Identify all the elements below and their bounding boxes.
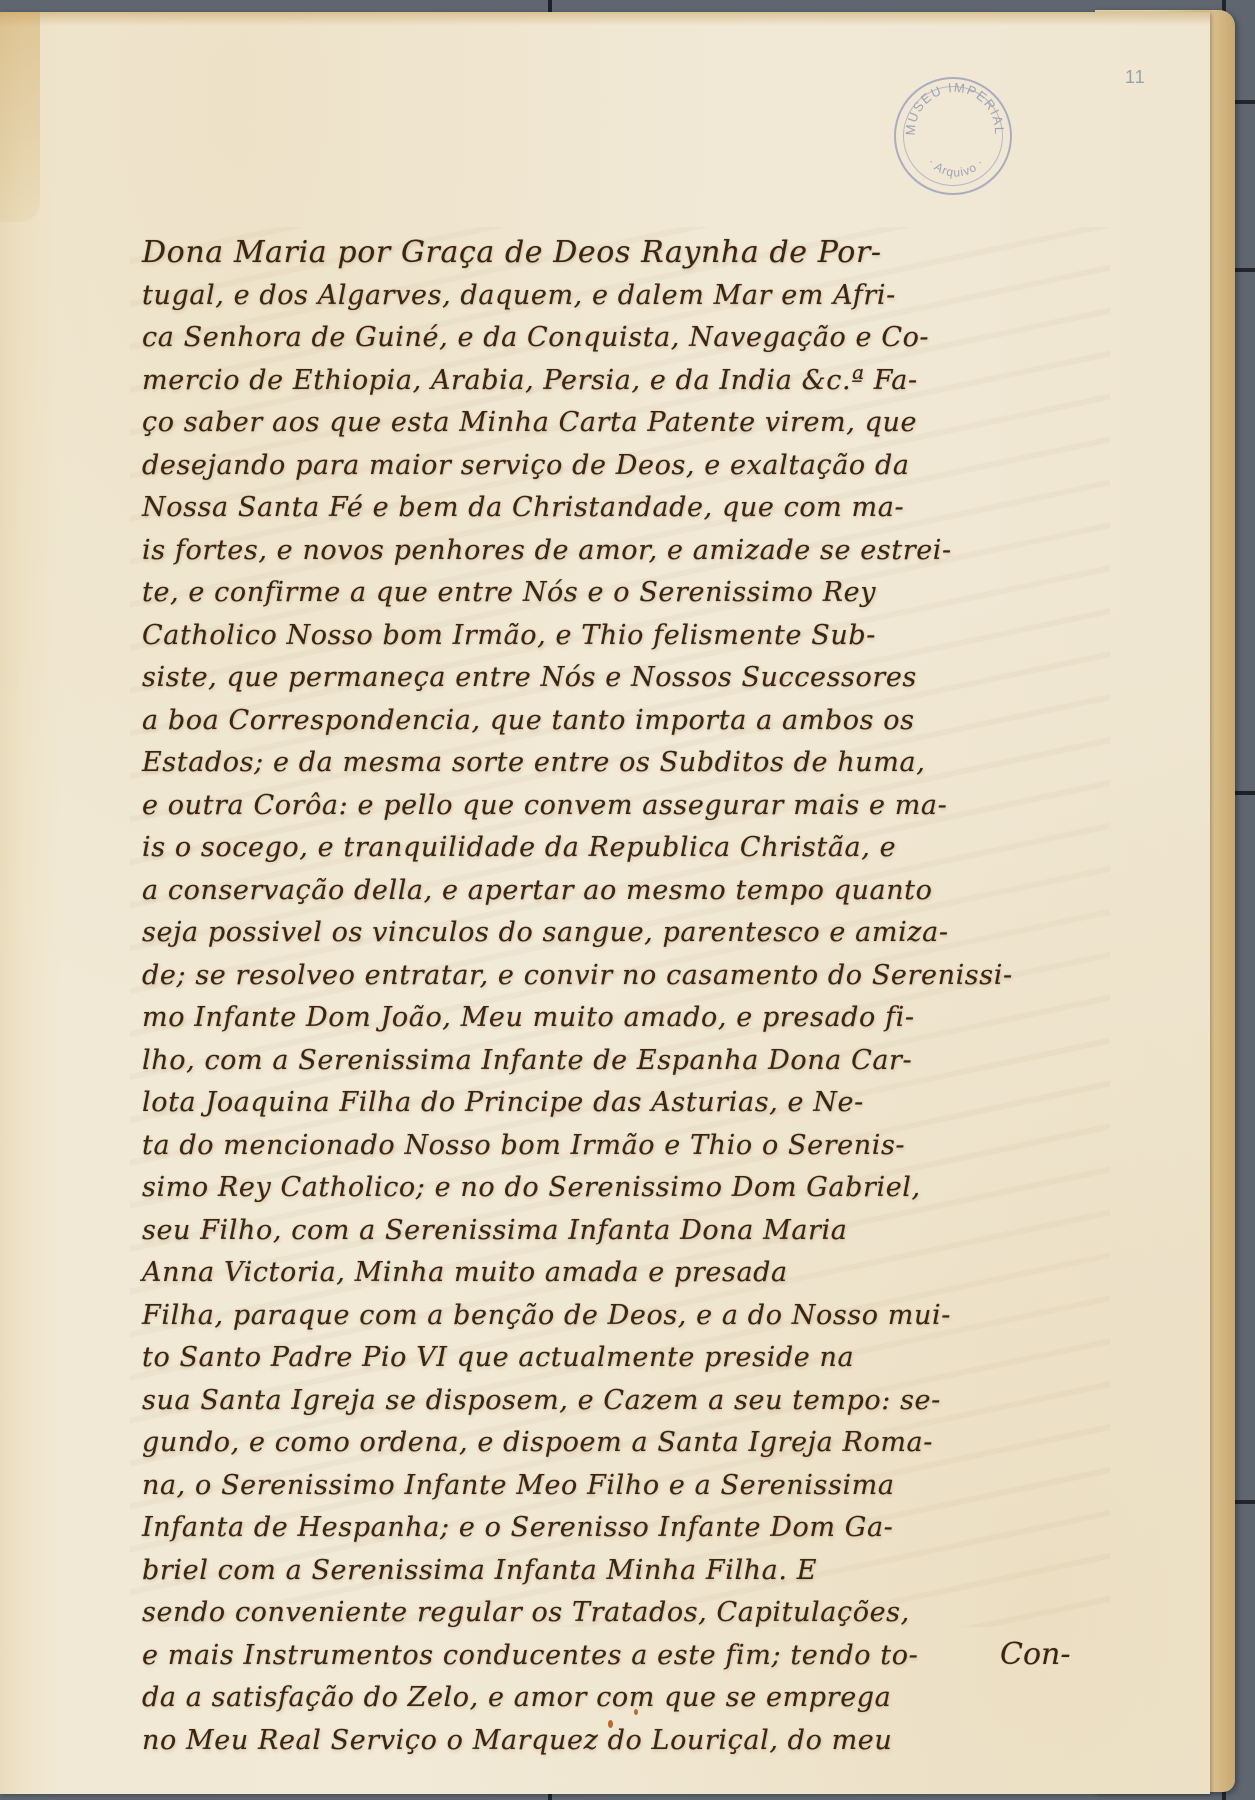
manuscript-line: Dona Maria por Graça de Deos Raynha de P…	[142, 232, 1102, 275]
foxing-spot	[608, 1720, 613, 1728]
foxing-spot	[634, 1709, 638, 1715]
manuscript-line: Catholico Nosso bom Irmão, e Thio felism…	[142, 615, 1102, 658]
manuscript-line: lota Joaquina Filha do Principe das Astu…	[142, 1082, 1102, 1125]
svg-text:· Arquivo ·: · Arquivo ·	[925, 155, 987, 179]
manuscript-line: na, o Serenissimo Infante Meo Filho e a …	[142, 1465, 1102, 1508]
folio-number: 11	[1125, 67, 1146, 88]
manuscript-line: Infanta de Hespanha; e o Serenisso Infan…	[142, 1507, 1102, 1550]
catchword: Con-	[1000, 1637, 1070, 1672]
manuscript-text: Dona Maria por Graça de Deos Raynha de P…	[142, 232, 1102, 1762]
manuscript-line: seu Filho, com a Serenissima Infanta Don…	[142, 1210, 1102, 1253]
manuscript-line: mo Infante Dom João, Meu muito amado, e …	[142, 997, 1102, 1040]
manuscript-line: tugal, e dos Algarves, daquem, e dalem M…	[142, 275, 1102, 318]
manuscript-line: a boa Correspondencia, que tanto importa…	[142, 700, 1102, 743]
manuscript-line: Anna Victoria, Minha muito amada e presa…	[142, 1252, 1102, 1295]
paper-stain	[0, 12, 1210, 26]
manuscript-line: ca Senhora de Guiné, e da Conquista, Nav…	[142, 317, 1102, 360]
manuscript-line: simo Rey Catholico; e no do Serenissimo …	[142, 1167, 1102, 1210]
svg-text:MUSEU IMPERIAL: MUSEU IMPERIAL	[903, 80, 1007, 136]
manuscript-line: e outra Corôa: e pello que convem assegu…	[142, 785, 1102, 828]
manuscript-line: desejando para maior serviço de Deos, e …	[142, 445, 1102, 488]
manuscript-line: Filha, paraque com a benção de Deos, e a…	[142, 1295, 1102, 1338]
manuscript-line: is fortes, e novos penhores de amor, e a…	[142, 530, 1102, 573]
museu-imperial-stamp: MUSEU IMPERIAL · Arquivo ·	[894, 77, 1012, 195]
paper-stain	[0, 12, 40, 222]
manuscript-line: te, e confirme a que entre Nós e o Seren…	[142, 572, 1102, 615]
manuscript-line: ta do mencionado Nosso bom Irmão e Thio …	[142, 1125, 1102, 1168]
manuscript-line: siste, que permaneça entre Nós e Nossos …	[142, 657, 1102, 700]
manuscript-line: is o socego, e tranquilidade da Republic…	[142, 827, 1102, 870]
manuscript-line: sua Santa Igreja se disposem, e Cazem a …	[142, 1380, 1102, 1423]
manuscript-line: Estados; e da mesma sorte entre os Subdi…	[142, 742, 1102, 785]
manuscript-line: da a satisfação do Zelo, e amor com que …	[142, 1677, 1102, 1720]
manuscript-line: mercio de Ethiopia, Arabia, Persia, e da…	[142, 360, 1102, 403]
manuscript-line: a conservação della, e apertar ao mesmo …	[142, 870, 1102, 913]
manuscript-line: lho, com a Serenissima Infante de Espanh…	[142, 1040, 1102, 1083]
manuscript-line: gundo, e como ordena, e dispoem a Santa …	[142, 1422, 1102, 1465]
stamp-text-icon: MUSEU IMPERIAL · Arquivo ·	[896, 79, 1014, 197]
manuscript-line: ço saber aos que esta Minha Carta Patent…	[142, 402, 1102, 445]
manuscript-line: briel com a Serenissima Infanta Minha Fi…	[142, 1550, 1102, 1593]
manuscript-line: e mais Instrumentos conducentes a este f…	[142, 1635, 1102, 1678]
manuscript-line: no Meu Real Serviço o Marquez do Louriça…	[142, 1720, 1102, 1763]
manuscript-line: de; se resolveo entratar, e convir no ca…	[142, 955, 1102, 998]
manuscript-page: 11 MUSEU IMPERIAL · Arquivo · Dona Maria…	[0, 12, 1210, 1794]
manuscript-line: to Santo Padre Pio VI que actualmente pr…	[142, 1337, 1102, 1380]
manuscript-line: Nossa Santa Fé e bem da Christandade, qu…	[142, 487, 1102, 530]
manuscript-line: sendo conveniente regular os Tratados, C…	[142, 1592, 1102, 1635]
manuscript-line: seja possivel os vinculos do sangue, par…	[142, 912, 1102, 955]
